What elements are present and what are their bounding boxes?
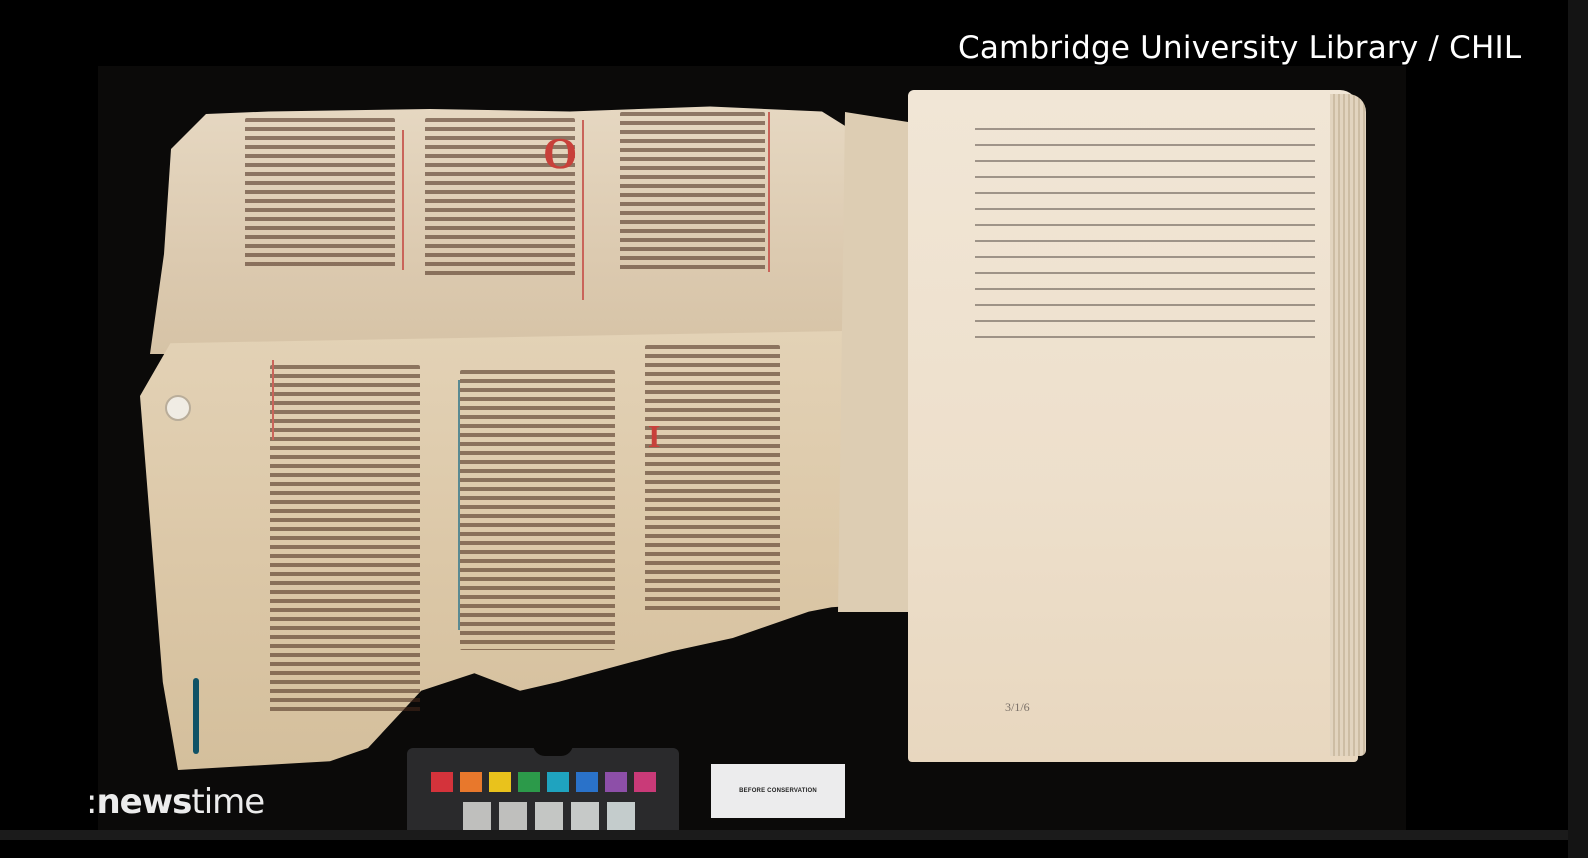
book-page-edges [1330,94,1366,756]
frame-edge [1568,0,1588,858]
manuscript-strip [838,112,908,612]
red-rule [582,120,584,300]
folio-mark: 3/1/6 [1005,700,1030,715]
color-swatch-yellow [489,772,511,792]
conservation-label-text: BEFORE CONSERVATION [739,788,817,794]
logo-prefix: : [86,782,96,822]
video-frame: O I 3/1/6 BEFORE CONSERVATION Cambridge … [0,0,1588,858]
logo-bold: news [96,782,191,822]
illuminated-initial: I [648,418,660,455]
red-rule [402,130,404,270]
text-column [270,365,420,715]
handwritten-text [975,128,1315,348]
accent-marker [193,678,199,754]
illuminated-initial: O [543,128,577,179]
text-column [645,345,780,615]
grey-patch [571,802,599,832]
color-swatch-cyan [547,772,569,792]
checker-notch [533,744,573,756]
sewing-hole [165,395,191,421]
grey-patch [499,802,527,832]
logo-light: time [191,782,264,822]
color-swatch-green [518,772,540,792]
color-swatch-magenta [634,772,656,792]
color-swatch-blue [576,772,598,792]
red-rule [272,360,274,440]
image-credit: Cambridge University Library / CHIL [958,30,1521,66]
color-swatch-purple [605,772,627,792]
color-swatch-orange [460,772,482,792]
video-bottom-bar [0,830,1568,840]
color-checker-card [407,748,679,832]
conservation-label: BEFORE CONSERVATION [711,764,845,818]
grey-patch [535,802,563,832]
text-column [620,112,765,272]
color-swatch-red [431,772,453,792]
red-rule [768,112,770,272]
grey-patch [463,802,491,832]
grey-patch [607,802,635,832]
text-column [460,370,615,650]
blue-rule [458,380,460,630]
text-column [245,118,395,268]
newstime-logo: :newstime [86,782,264,822]
